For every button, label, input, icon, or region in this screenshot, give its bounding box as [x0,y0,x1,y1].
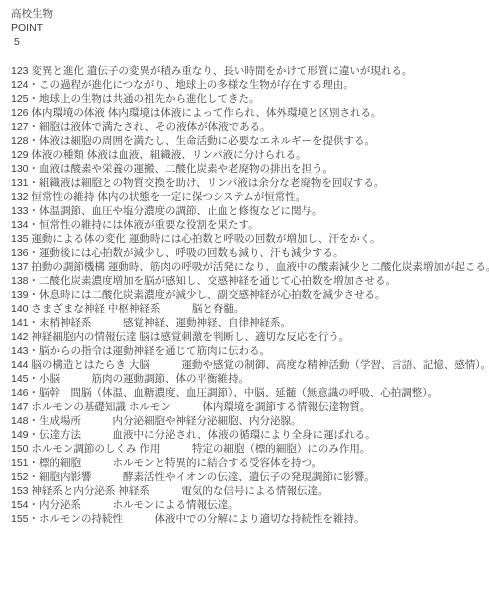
point-line: 151・標的細胞 ホルモンと特異的に結合する受容体を持つ。 [11,456,483,470]
point-line: 134・恒常性の維持には体液が重要な役割を果たす。 [11,218,483,232]
point-line: 133・体温調節、血圧や塩分濃度の調節、止血と修復などに関与。 [11,204,483,218]
point-line: 141・末梢神経系 感覚神経、運動神経、自律神経系。 [11,316,483,330]
point-line: 146・脳幹 間脳（体温、血糖濃度、血圧調節）、中脳、延髄（無意識の呼吸、心拍調… [11,386,483,400]
point-line: 138・二酸化炭素濃度増加を脳が感知し、交感神経を通じて心拍数を増加させる。 [11,274,483,288]
point-line: 137 拍動の調節機構 運動時、筋肉の呼吸が活発になり、血液中の酸素減少と二酸化… [11,260,483,274]
point-line: 145・小脳 筋肉の運動調節、体の平衡維持。 [11,372,483,386]
point-line: 129 体液の種類 体液は血液、組織液、リンパ液に分けられる。 [11,148,483,162]
point-line: 140 さまざまな神経 中枢神経系 脳と脊髄。 [11,302,483,316]
point-line: 142 神経細胞内の情報伝達 脳は感覚刺激を判断し、適切な反応を行う。 [11,330,483,344]
point-line: 149・伝達方法 血液中に分泌され、体液の循環により全身に運ばれる。 [11,428,483,442]
points-list: 123 変異と進化 遺伝子の変異が積み重なり、長い時間をかけて形質に違いが現れる… [11,64,483,526]
point-line: 150 ホルモン調節のしくみ 作用 特定の細胞（標的細胞）にのみ作用。 [11,442,483,456]
point-line: 136・運動後には心拍数が減少し、呼吸の回数も減り、汗も減少する。 [11,246,483,260]
point-line: 152・細胞内影響 酵素活性やイオンの伝達、遺伝子の発現調節に影響。 [11,470,483,484]
point-line: 126 体内環境の体液 体内環境は体液によって作られ、体外環境と区別される。 [11,106,483,120]
point-line: 143・脳からの指令は運動神経を通じて筋肉に伝わる。 [11,344,483,358]
point-line: 154・内分泌系 ホルモンによる情報伝達。 [11,498,483,512]
point-line: 139・休息時には二酸化炭素濃度が減少し、副交感神経が心拍数を減少させる。 [11,288,483,302]
point-line: 125・地球上の生物は共通の祖先から進化してきた。 [11,92,483,106]
point-line: 153 神経系と内分泌系 神経系 電気的な信号による情報伝達。 [11,484,483,498]
document-subtitle: POINT [11,21,483,35]
point-line: 130・血液は酸素や栄養の運搬、二酸化炭素や老廃物の排出を担う。 [11,162,483,176]
point-line: 155・ホルモンの持続性 体液中での分解により適切な持続性を維持。 [11,512,483,526]
document-title: 高校生物 [11,7,483,21]
point-line: 131・組織液は細胞との物質交換を助け、リンパ液は余分な老廃物を回収する。 [11,176,483,190]
point-line: 147 ホルモンの基礎知識 ホルモン 体内環境を調節する情報伝達物質。 [11,400,483,414]
point-line: 128・体液は細胞の周囲を満たし、生命活動に必要なエネルギーを提供する。 [11,134,483,148]
point-line: 124・この過程が進化につながり、地球上の多様な生物が存在する理由。 [11,78,483,92]
point-line: 148・生成場所 内分泌細胞や神経分泌細胞、内分泌腺。 [11,414,483,428]
document-page: 高校生物 POINT 5 123 変異と進化 遺伝子の変異が積み重なり、長い時間… [0,0,489,526]
point-line: 144 脳の構造とはたらき 大脳 運動や感覚の制御、高度な精神活動（学習、言語、… [11,358,483,372]
point-line: 132 恒常性の維持 体内の状態を一定に保つシステムが恒常性。 [11,190,483,204]
document-header: 高校生物 POINT 5 [11,7,483,49]
point-line: 135 運動による体の変化 運動時には心拍数と呼吸の回数が増加し、汗をかく。 [11,232,483,246]
point-line: 123 変異と進化 遺伝子の変異が積み重なり、長い時間をかけて形質に違いが現れる… [11,64,483,78]
page-number: 5 [11,35,483,49]
point-line: 127・細胞は液体で満たされ、その液体が体液である。 [11,120,483,134]
